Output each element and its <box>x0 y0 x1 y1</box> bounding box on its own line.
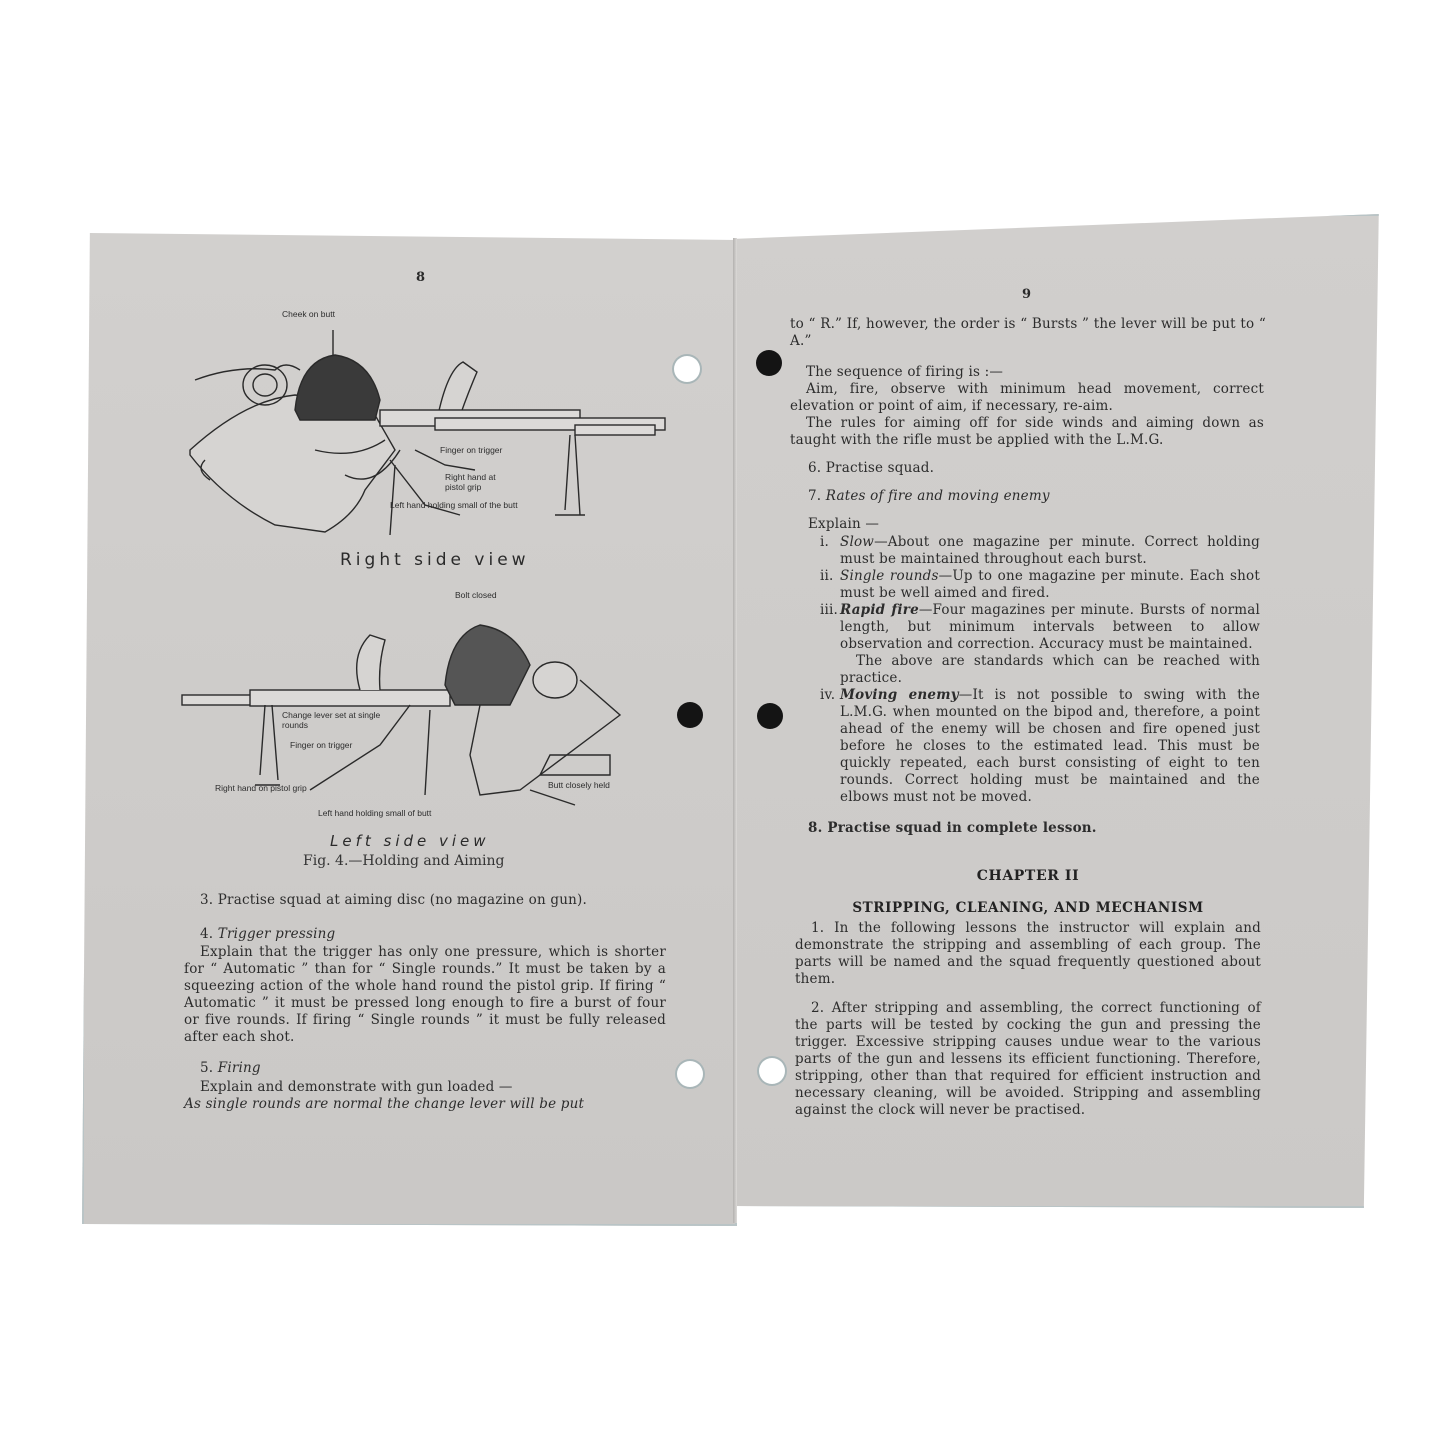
page-number-right: 9 <box>1022 287 1031 302</box>
binder-hole-right-top <box>756 350 782 376</box>
explain-label: Explain — <box>808 516 879 533</box>
binder-hole-left-middle <box>677 702 703 728</box>
paragraph-sequence-detail: Aim, fire, observe with minimum head mov… <box>790 381 1264 415</box>
paragraph-5-body: Explain and demonstrate with gun loaded … <box>200 1079 670 1096</box>
caption-left-side-view: Left side view <box>330 832 490 850</box>
rates-list: i. Slow—About one magazine per minute. C… <box>820 534 1260 806</box>
rate-item-moving-enemy: iv. Moving enemy—It is not possible to s… <box>820 687 1260 806</box>
page-number-left: 8 <box>416 270 425 285</box>
rate-item-single-rounds: ii. Single rounds—Up to one magazine per… <box>820 568 1260 602</box>
caption-right-side-view: Right side view <box>340 550 530 570</box>
label-left-hand-small-of-butt: Left hand holding small of the butt <box>390 500 590 510</box>
label-right-hand-pistol-grip-2: Right hand on pistol grip <box>215 783 307 793</box>
paragraph-rules: The rules for aiming off for side winds … <box>790 415 1264 449</box>
rate-item-slow: i. Slow—About one magazine per minute. C… <box>820 534 1260 568</box>
figure-title: Fig. 4.—Holding and Aiming <box>303 853 505 869</box>
label-change-lever: Change lever set at single rounds <box>282 710 382 730</box>
label-cheek-on-butt: Cheek on butt <box>282 309 335 319</box>
paragraph-5-body-2: As single rounds are normal the change l… <box>184 1096 670 1113</box>
paragraph-3: 3. Practise squad at aiming disc (no mag… <box>200 892 680 909</box>
chapter-paragraph-2: 2. After stripping and assembling, the c… <box>795 1000 1261 1119</box>
section-4-heading: 4. Trigger pressing <box>200 926 335 943</box>
section-number: 4. <box>200 926 213 942</box>
section-number: 7. <box>808 488 821 504</box>
binder-hole-left-bottom <box>677 1061 703 1087</box>
paragraph-6: 6. Practise squad. <box>808 460 934 477</box>
binder-hole-right-bottom <box>759 1058 785 1084</box>
book-spine <box>733 238 737 1223</box>
label-butt-closely-held: Butt closely held <box>548 780 610 790</box>
paragraph-continued: to “ R.” If, however, the order is “ Bur… <box>790 316 1266 350</box>
section-title: Firing <box>218 1060 261 1076</box>
section-7-heading: 7. Rates of fire and moving enemy <box>808 488 1050 505</box>
label-finger-on-trigger: Finger on trigger <box>440 445 502 455</box>
label-bolt-closed: Bolt closed <box>455 590 497 600</box>
section-5-heading: 5. Firing <box>200 1060 261 1077</box>
figure-left-side-view <box>180 595 640 810</box>
label-right-hand-pistol-grip: Right hand at pistol grip <box>445 472 515 492</box>
section-title: Rates of fire and moving enemy <box>826 488 1050 504</box>
rate-item-rapid-fire: iii. Rapid fire—Four magazines per minut… <box>820 602 1260 653</box>
binder-hole-left-top <box>674 356 700 382</box>
section-number: 5. <box>200 1060 213 1076</box>
binder-hole-right-middle <box>757 703 783 729</box>
paragraph-8: 8. Practise squad in complete lesson. <box>808 820 1097 837</box>
chapter-title: STRIPPING, CLEANING, AND MECHANISM <box>790 900 1266 916</box>
open-booklet: 8 Cheek on butt Finger on tri <box>0 0 1445 1445</box>
label-left-hand-small-of-butt-2: Left hand holding small of butt <box>318 808 431 818</box>
chapter-heading: CHAPTER II <box>790 868 1266 884</box>
section-title: Trigger pressing <box>218 926 336 942</box>
paragraph-sequence: The sequence of firing is :— <box>806 364 1003 381</box>
label-finger-on-trigger-2: Finger on trigger <box>290 740 352 750</box>
rate-standards-note: The above are standards which can be rea… <box>820 653 1260 687</box>
chapter-paragraph-1: 1. In the following lessons the instruct… <box>795 920 1261 988</box>
paragraph-4-body: Explain that the trigger has only one pr… <box>184 944 666 1046</box>
